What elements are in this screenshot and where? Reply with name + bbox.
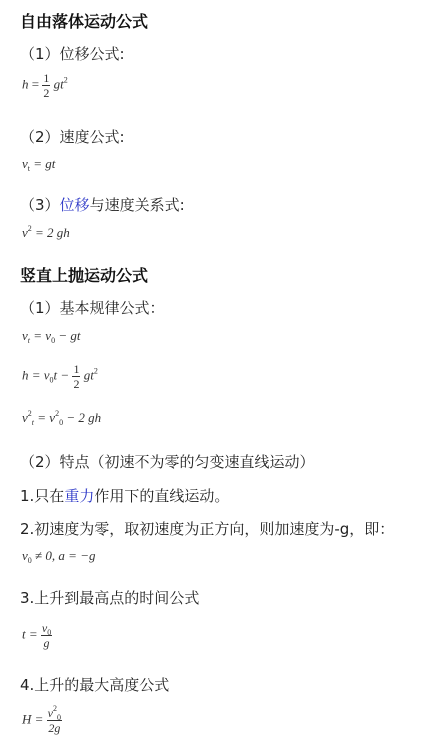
formula-displacement: h = 12 gt2 — [22, 72, 68, 99]
section-title-free-fall: 自由落体运动公式 — [20, 9, 148, 32]
link-displacement[interactable]: 位移 — [60, 196, 90, 214]
formula-initial-conditions: v0 ≠ 0, a = −g — [22, 548, 95, 564]
vertical-point2: 2.初速度为零，取初速度为正方向，则加速度为-g，即： — [20, 518, 394, 539]
formula-h: h = v0t − 12 gt2 — [22, 363, 98, 390]
vertical-item1-label: （1）基本规律公式： — [20, 297, 165, 318]
formula-max-height: H = v202g — [22, 707, 62, 734]
formula-time-to-top: t = v0g — [22, 622, 52, 649]
vertical-point4: 4.上升的最大高度公式 — [20, 674, 169, 695]
free-fall-item2-label: （2）速度公式: — [20, 126, 125, 147]
vertical-item2-label: （2）特点（初速不为零的匀变速直线运动） — [20, 451, 315, 472]
formula-displacement-velocity: v2 = 2 gh — [22, 225, 70, 241]
formula-vt: vt = v0 − gt — [22, 328, 80, 344]
link-gravity[interactable]: 重力 — [64, 487, 94, 505]
formula-vt-squared: v2t = v20 − 2 gh — [22, 410, 101, 426]
free-fall-item1-label: （1）位移公式: — [20, 43, 125, 64]
vertical-point1: 1.只在重力作用下的直线运动。 — [20, 485, 229, 506]
vertical-point3: 3.上升到最高点的时间公式 — [20, 587, 199, 608]
section-title-vertical-throw: 竖直上抛运动公式 — [20, 263, 148, 286]
formula-velocity: vt = gt — [22, 156, 55, 172]
free-fall-item3-label: （3）位移与速度关系式: — [20, 194, 185, 215]
